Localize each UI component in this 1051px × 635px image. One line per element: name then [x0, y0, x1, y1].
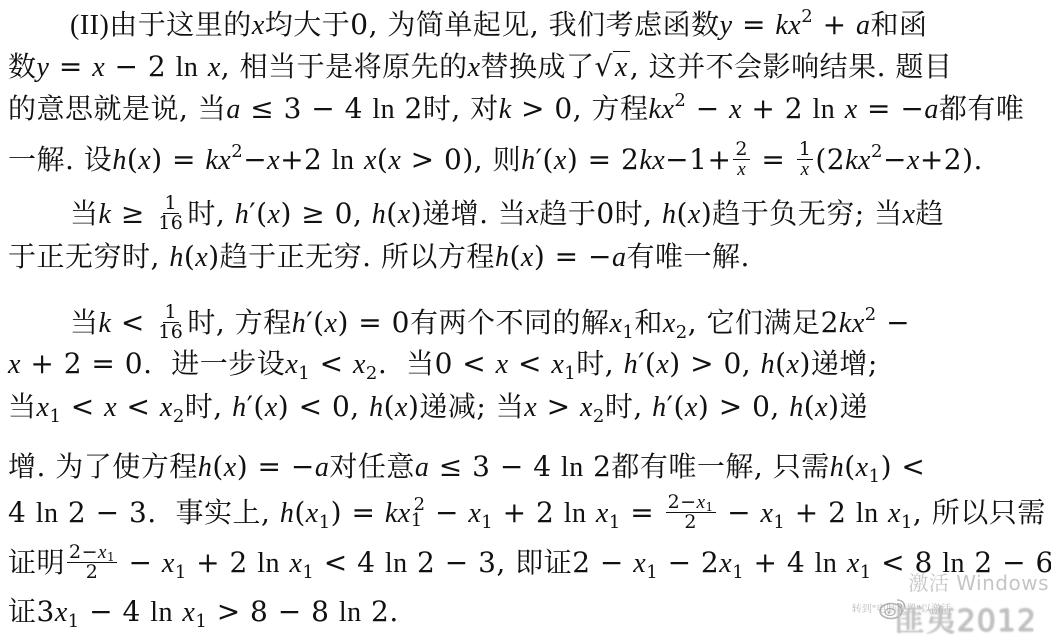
text-line-1: (II)由于这里的x均大于0, 为简单起见, 我们考虑函数y = kx2 + a… [8, 8, 1043, 43]
text: 趋于负无穷; 当 [712, 197, 902, 230]
text: 增. 为了使方程 [8, 450, 198, 483]
text: 时, [605, 390, 643, 423]
fraction: 1x [797, 140, 814, 179]
text: 事实上, [176, 496, 280, 529]
text: 进一步设 [171, 347, 285, 380]
fraction: 2−x12 [666, 493, 716, 532]
text: 当 [70, 197, 99, 230]
text: , 所以只需 [913, 496, 1046, 529]
text: 都有唯一解, 只需 [611, 450, 829, 483]
text: 均大于0, 为简单起见, 我们考虑函数 [265, 8, 720, 41]
text: 时, [187, 197, 234, 230]
text: 当 [70, 306, 99, 339]
text: 由于这里的 [109, 8, 252, 41]
text: 趋 [916, 197, 945, 230]
text: 于正无穷时, [8, 240, 169, 273]
part-label: (II) [70, 10, 109, 41]
text: 的意思就是说, 当 [8, 92, 226, 125]
text: 递增; [811, 347, 878, 380]
text: 和函 [870, 8, 927, 41]
text: 时, [185, 390, 223, 423]
text: 和 [634, 306, 663, 339]
text-line-8: x + 2 = 0. 进一步设x1 < x2. 当0 < x < x1时, h′… [8, 347, 1043, 382]
text: 一解. 设 [8, 143, 112, 176]
text: 时, [576, 347, 614, 380]
text-line-2: 数y = x − 2 ln x, 相当于是将原先的x替换成了√x, 这并不会影响… [8, 50, 1043, 85]
text: , 它们满足 [688, 306, 821, 339]
text: 时, 对 [423, 92, 499, 125]
text: , 相当于是将原先的 [221, 50, 468, 83]
windows-activation-watermark: 激活 Windows [908, 567, 1049, 596]
text: 有两个不同的解 [410, 306, 610, 339]
text-line-11: 4 ln 2 − 3. 事实上, h(x1) = kx12 − x1 + 2 l… [8, 495, 1043, 534]
text: 对任意 [329, 450, 415, 483]
text: 证明 [8, 546, 65, 579]
text-line-4: 一解. 设h(x) = kx2−x+2 ln x(x > 0), 则h′(x) … [8, 142, 1043, 181]
text: 有唯一解. [626, 240, 749, 273]
text-line-9: 当x1 < x < x2时, h′(x) < 0, h(x)递减; 当x > x… [8, 390, 1043, 425]
text-line-10: 增. 为了使方程h(x) = −a对任意a ≤ 3 − 4 ln 2都有唯一解,… [8, 450, 1043, 485]
text: 时, 方程 [187, 306, 291, 339]
text: 证 [8, 595, 37, 628]
text-line-6: 于正无穷时, h(x)趋于正无穷. 所以方程h(x) = −a有唯一解. [8, 240, 1043, 275]
fraction: 2−x12 [67, 543, 117, 582]
fraction: 2x [733, 140, 750, 179]
text: , 则 [474, 143, 521, 176]
text: 趋于0时, [539, 197, 662, 230]
text: , 方程 [573, 92, 649, 125]
text: 当 [406, 347, 435, 380]
sqrt-x: √x [595, 50, 630, 85]
text: 递 [840, 390, 869, 423]
text: 当 [8, 390, 37, 423]
fraction: 116 [156, 194, 185, 233]
text: 替换成了 [481, 50, 595, 83]
weibo-handle-watermark: 匪夷2012 [895, 596, 1037, 635]
text-line-12: 证明2−x12 − x1 + 2 ln x1 < 4 ln 2 − 3, 即证2… [8, 545, 1043, 584]
fraction: 116 [156, 303, 185, 342]
math-solution-page: (II)由于这里的x均大于0, 为简单起见, 我们考虑函数y = kx2 + a… [0, 0, 1051, 635]
text: , 即证 [496, 546, 572, 579]
text: 递减; 当 [419, 390, 524, 423]
text-line-5: 当k ≥ 116时, h′(x) ≥ 0, h(x)递增. 当x趋于0时, h(… [8, 196, 1043, 235]
text: , 这并不会影响结果. 题目 [630, 50, 953, 83]
text-line-3: 的意思就是说, 当a ≤ 3 − 4 ln 2时, 对k > 0, 方程kx2 … [8, 92, 1043, 127]
text: 趋于正无穷. 所以方程 [220, 240, 495, 273]
text: 递增. 当 [422, 197, 526, 230]
text: 数 [8, 50, 37, 83]
text-line-7: 当k < 116时, 方程h′(x) = 0有两个不同的解x1和x2, 它们满足… [8, 305, 1043, 344]
text: 都有唯 [939, 92, 1025, 125]
